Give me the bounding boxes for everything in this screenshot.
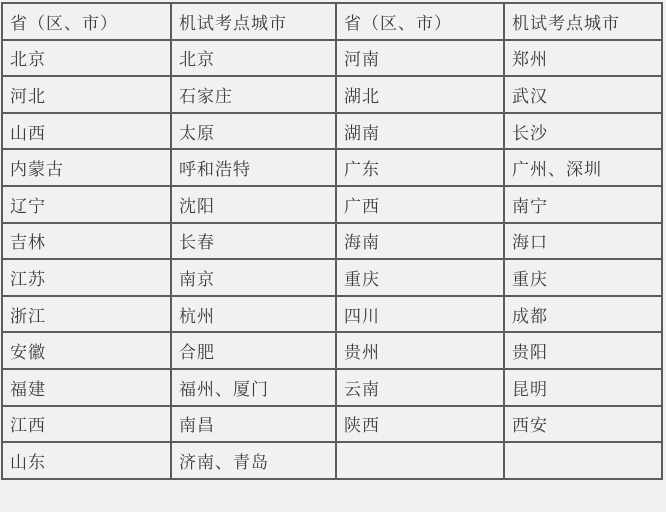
cell-province: 湖南 xyxy=(336,113,504,150)
cell-exam-city xyxy=(504,442,662,479)
cell-exam-city: 广州、深圳 xyxy=(504,149,662,186)
cell-province: 四川 xyxy=(336,296,504,333)
table-row: 山西太原湖南长沙 xyxy=(2,113,662,150)
cell-exam-city: 南昌 xyxy=(171,406,336,443)
table-row: 浙江杭州四川成都 xyxy=(2,296,662,333)
cell-province: 河南 xyxy=(336,40,504,77)
header-row: 省（区、市） 机试考点城市 省（区、市） 机试考点城市 xyxy=(2,3,662,40)
table-body: 北京北京河南郑州河北石家庄湖北武汉山西太原湖南长沙内蒙古呼和浩特广东广州、深圳辽… xyxy=(2,40,662,479)
cell-province: 广东 xyxy=(336,149,504,186)
cell-exam-city: 昆明 xyxy=(504,369,662,406)
cell-exam-city: 郑州 xyxy=(504,40,662,77)
cell-exam-city: 合肥 xyxy=(171,332,336,369)
cell-province: 辽宁 xyxy=(2,186,171,223)
cell-province: 浙江 xyxy=(2,296,171,333)
cell-province: 贵州 xyxy=(336,332,504,369)
cell-exam-city: 贵阳 xyxy=(504,332,662,369)
cell-province: 北京 xyxy=(2,40,171,77)
column-header-city-1: 机试考点城市 xyxy=(171,3,336,40)
cell-province: 湖北 xyxy=(336,76,504,113)
cell-exam-city: 呼和浩特 xyxy=(171,149,336,186)
document-page: 省（区、市） 机试考点城市 省（区、市） 机试考点城市 北京北京河南郑州河北石家… xyxy=(0,0,666,480)
cell-exam-city: 石家庄 xyxy=(171,76,336,113)
table-row: 江西南昌陕西西安 xyxy=(2,406,662,443)
cell-province: 江苏 xyxy=(2,259,171,296)
table-row: 河北石家庄湖北武汉 xyxy=(2,76,662,113)
cell-province: 河北 xyxy=(2,76,171,113)
cell-exam-city: 长沙 xyxy=(504,113,662,150)
cell-province: 江西 xyxy=(2,406,171,443)
cell-exam-city: 成都 xyxy=(504,296,662,333)
cell-exam-city: 济南、青岛 xyxy=(171,442,336,479)
cell-exam-city: 杭州 xyxy=(171,296,336,333)
table-row: 山东济南、青岛 xyxy=(2,442,662,479)
cell-exam-city: 长春 xyxy=(171,223,336,260)
cell-exam-city: 沈阳 xyxy=(171,186,336,223)
cell-exam-city: 福州、厦门 xyxy=(171,369,336,406)
table-row: 北京北京河南郑州 xyxy=(2,40,662,77)
cell-exam-city: 海口 xyxy=(504,223,662,260)
column-header-province-1: 省（区、市） xyxy=(2,3,171,40)
cell-province: 福建 xyxy=(2,369,171,406)
table-row: 吉林长春海南海口 xyxy=(2,223,662,260)
table-row: 安徽合肥贵州贵阳 xyxy=(2,332,662,369)
cell-exam-city: 太原 xyxy=(171,113,336,150)
cell-province: 重庆 xyxy=(336,259,504,296)
cell-province: 山东 xyxy=(2,442,171,479)
table-row: 福建福州、厦门云南昆明 xyxy=(2,369,662,406)
table-row: 辽宁沈阳广西南宁 xyxy=(2,186,662,223)
column-header-city-2: 机试考点城市 xyxy=(504,3,662,40)
cell-exam-city: 西安 xyxy=(504,406,662,443)
cell-province: 陕西 xyxy=(336,406,504,443)
cell-province: 山西 xyxy=(2,113,171,150)
cell-province xyxy=(336,442,504,479)
exam-city-table: 省（区、市） 机试考点城市 省（区、市） 机试考点城市 北京北京河南郑州河北石家… xyxy=(1,2,663,480)
cell-exam-city: 南宁 xyxy=(504,186,662,223)
cell-exam-city: 重庆 xyxy=(504,259,662,296)
cell-exam-city: 南京 xyxy=(171,259,336,296)
cell-exam-city: 北京 xyxy=(171,40,336,77)
cell-province: 广西 xyxy=(336,186,504,223)
cell-exam-city: 武汉 xyxy=(504,76,662,113)
cell-province: 内蒙古 xyxy=(2,149,171,186)
table-row: 内蒙古呼和浩特广东广州、深圳 xyxy=(2,149,662,186)
cell-province: 云南 xyxy=(336,369,504,406)
table-row: 江苏南京重庆重庆 xyxy=(2,259,662,296)
column-header-province-2: 省（区、市） xyxy=(336,3,504,40)
cell-province: 安徽 xyxy=(2,332,171,369)
cell-province: 海南 xyxy=(336,223,504,260)
cell-province: 吉林 xyxy=(2,223,171,260)
